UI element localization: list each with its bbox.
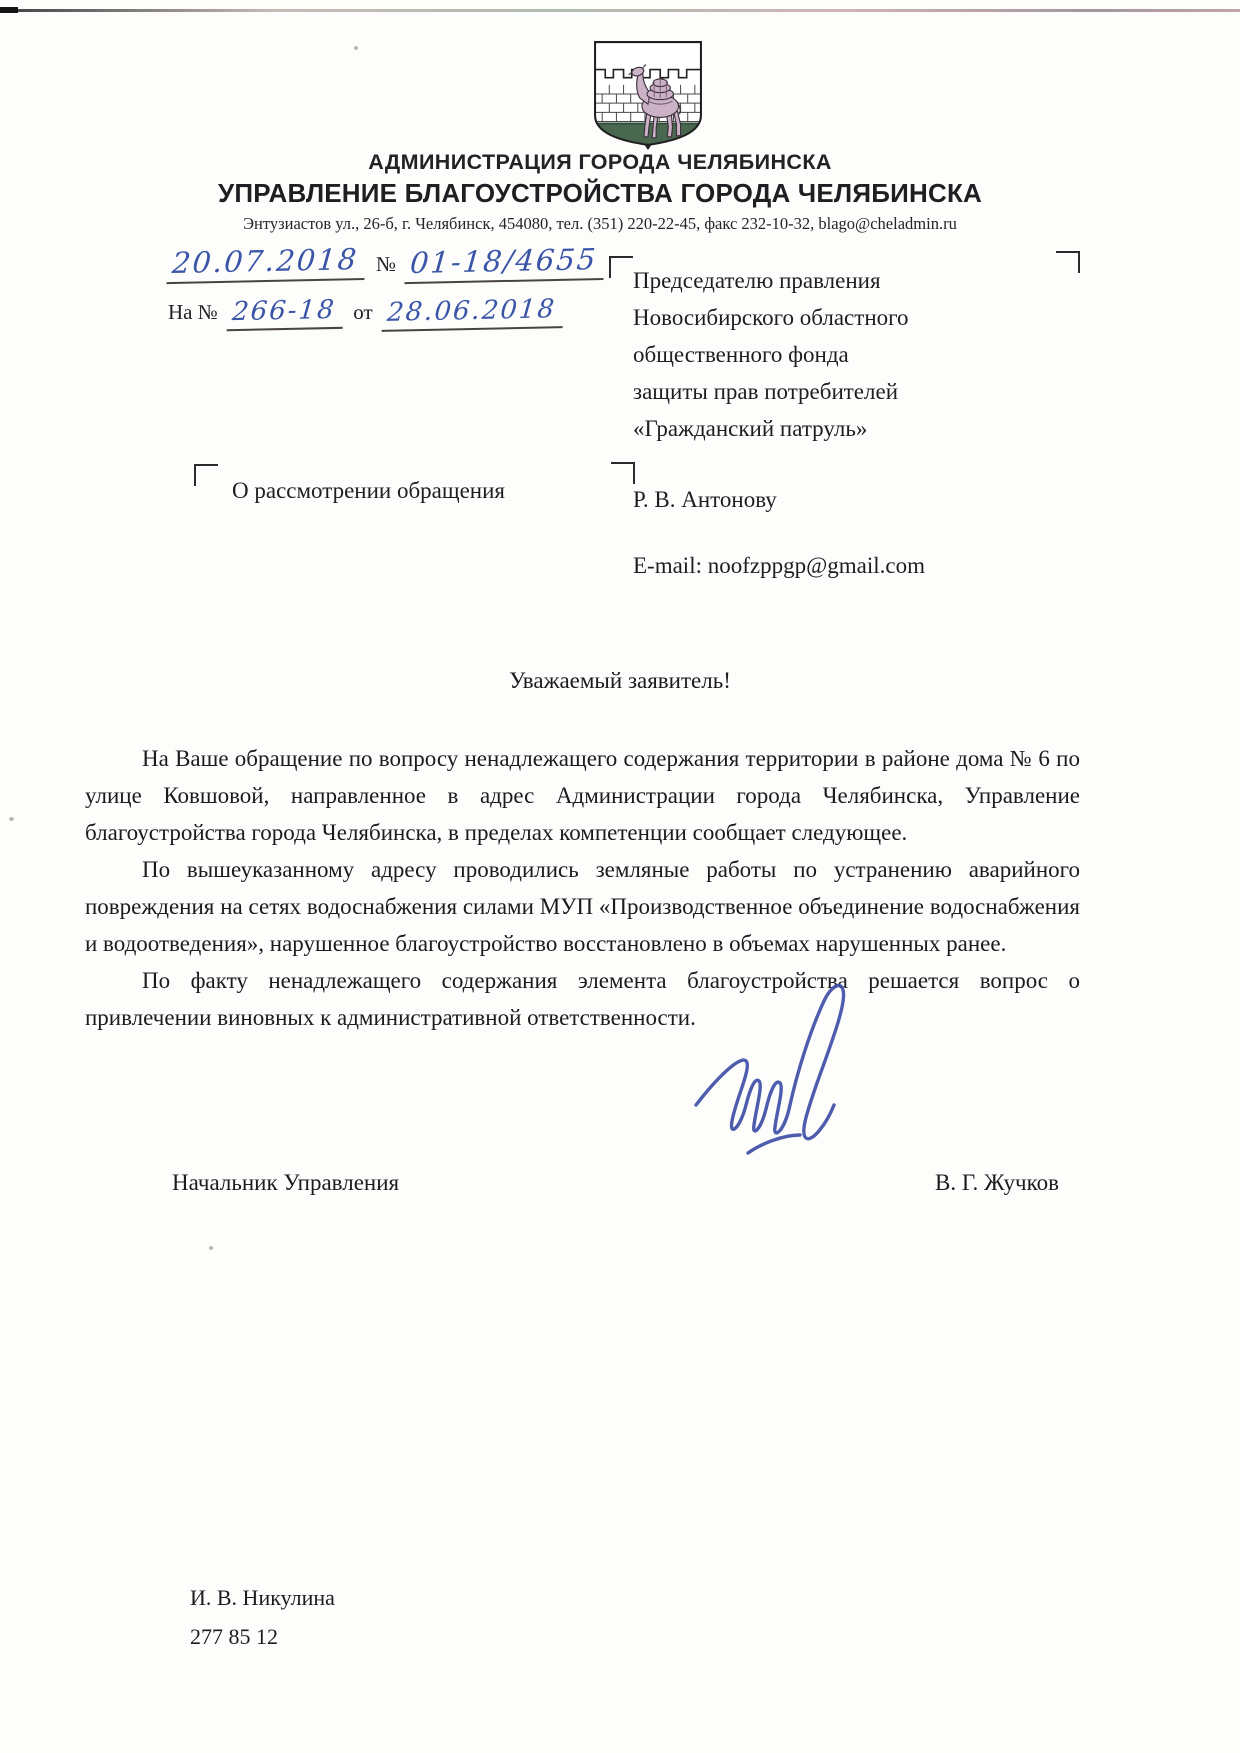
body-paragraph-1: На Ваше обращение по вопросу ненадлежаще… — [85, 740, 1080, 851]
org-contact-line: Энтузиастов ул., 26-б, г. Челябинск, 454… — [40, 214, 1160, 234]
subject-corner-mark-right — [611, 462, 635, 484]
signer-name: В. Г. Жучков — [935, 1170, 1059, 1196]
reply-prefix-label: На № — [168, 300, 218, 324]
recipient-line: Новосибирского областного — [633, 299, 993, 336]
recipient-line: «Гражданский патруль» — [633, 410, 993, 447]
scanned-letter-page: АДМИНИСТРАЦИЯ ГОРОДА ЧЕЛЯБИНСКА УПРАВЛЕН… — [0, 0, 1240, 1753]
letter-body: На Ваше обращение по вопросу ненадлежаще… — [85, 740, 1080, 1036]
letter-subject: О рассмотрении обращения — [232, 478, 505, 504]
executor-name: И. В. Никулина — [190, 1578, 335, 1617]
body-paragraph-2: По вышеуказанному адресу проводились зем… — [85, 851, 1080, 962]
org-name-line2: УПРАВЛЕНИЕ БЛАГОУСТРОЙСТВА ГОРОДА ЧЕЛЯБИ… — [40, 178, 1160, 209]
subject-corner-mark-left — [194, 464, 218, 486]
recipient-corner-mark-left — [609, 256, 633, 278]
recipient-line: Председателю правления — [633, 262, 993, 299]
body-paragraph-3: По факту ненадлежащего содержания элемен… — [85, 962, 1080, 1036]
greeting-line: Уважаемый заявитель! — [0, 668, 1240, 694]
incoming-reference-line: На № 266-18 от 28.06.2018 — [168, 296, 564, 330]
executor-block: И. В. Никулина 277 85 12 — [190, 1578, 335, 1656]
executor-phone: 277 85 12 — [190, 1617, 335, 1656]
scan-speck — [209, 1246, 213, 1250]
scan-speck — [9, 817, 14, 821]
handwritten-outgoing-number: 01-18/4655 — [405, 242, 607, 284]
handwritten-signature-icon — [688, 975, 878, 1160]
recipient-corner-mark-right — [1056, 251, 1080, 273]
org-name-line1: АДМИНИСТРАЦИЯ ГОРОДА ЧЕЛЯБИНСКА — [40, 150, 1160, 175]
scan-artifact-corner-mark — [0, 7, 18, 13]
recipient-address-block: Председателю правления Новосибирского об… — [633, 262, 993, 447]
letterhead: АДМИНИСТРАЦИЯ ГОРОДА ЧЕЛЯБИНСКА УПРАВЛЕН… — [40, 150, 1160, 234]
recipient-email: E-mail: noofzppgp@gmail.com — [633, 553, 925, 579]
recipient-person-name: Р. В. Антонову — [633, 487, 777, 513]
recipient-line: защиты прав потребителей — [633, 373, 993, 410]
outgoing-reference-line: 20.07.2018 № 01-18/4655 — [168, 244, 605, 282]
scan-artifact-top-line — [0, 9, 1240, 12]
scan-speck — [354, 46, 358, 50]
signer-position: Начальник Управления — [172, 1170, 399, 1196]
handwritten-incoming-date: 28.06.2018 — [381, 294, 565, 332]
handwritten-date: 20.07.2018 — [166, 242, 367, 284]
from-label: от — [353, 300, 372, 324]
recipient-line: общественного фонда — [633, 336, 993, 373]
chelyabinsk-coat-of-arms-icon — [588, 38, 708, 150]
number-sign: № — [376, 252, 396, 276]
handwritten-incoming-number: 266-18 — [226, 295, 344, 331]
